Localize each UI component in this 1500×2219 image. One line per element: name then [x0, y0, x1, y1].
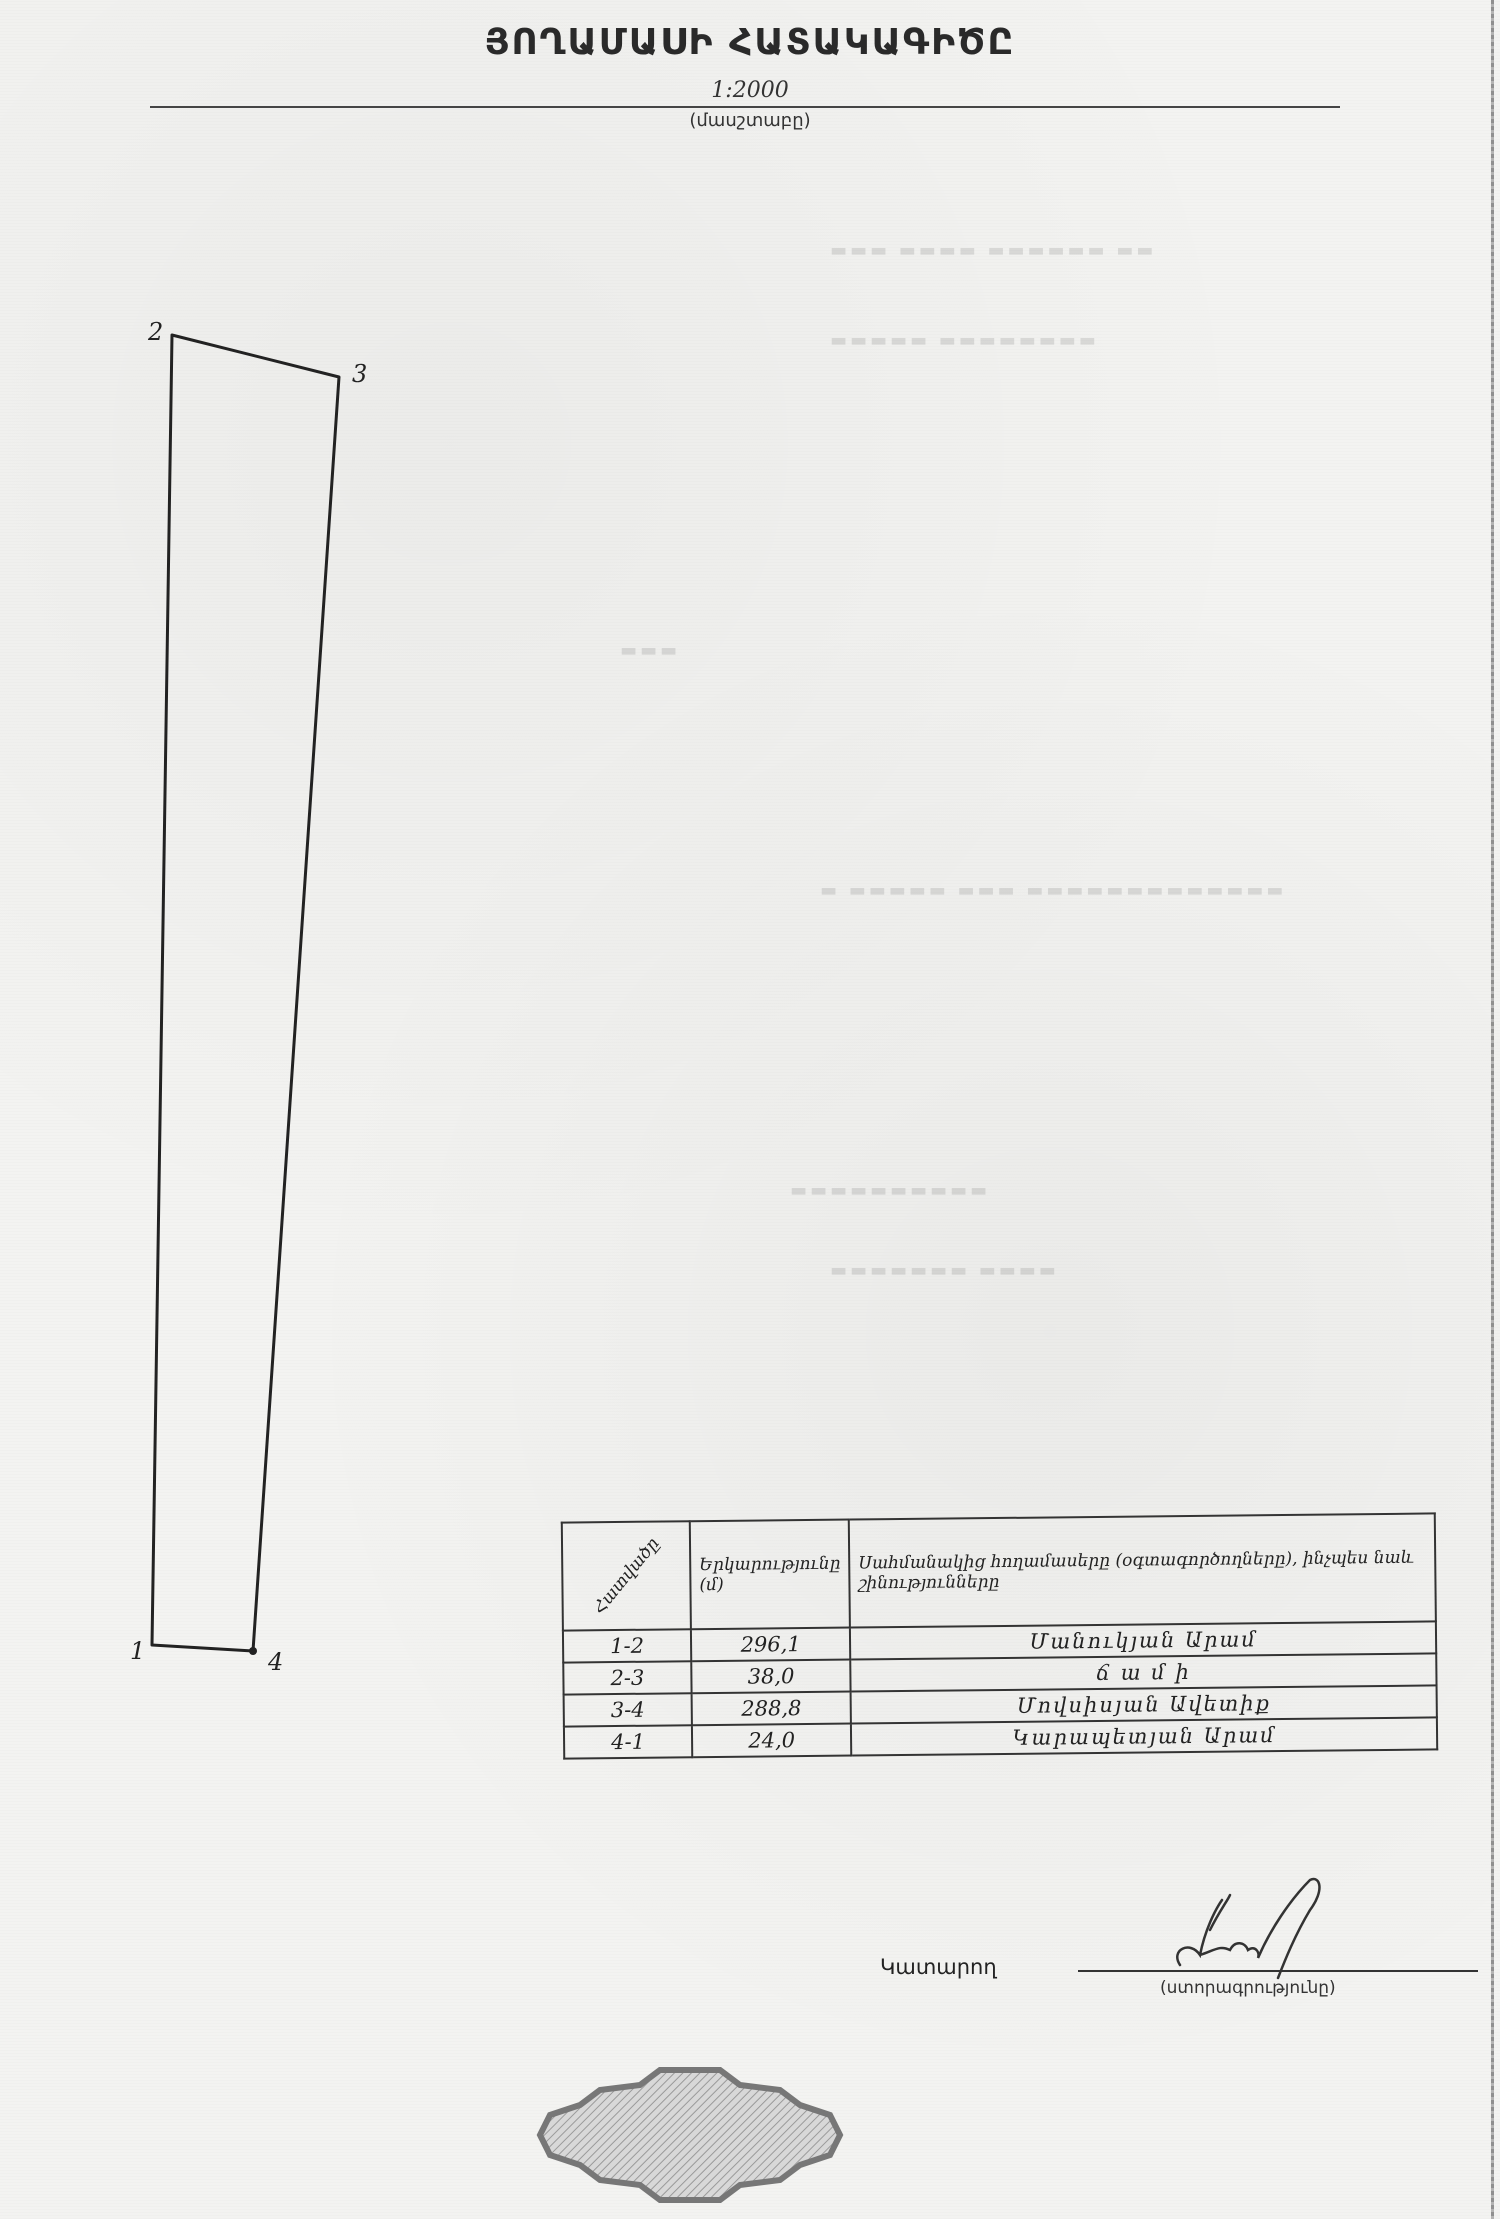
point-label-4: 4: [268, 1648, 283, 1676]
point-label-1: 1: [130, 1637, 145, 1665]
plot-boundary-polygon: [152, 335, 339, 1651]
cell-segment: 3-4: [564, 1693, 692, 1726]
cell-length: 24,0: [692, 1724, 852, 1758]
header-segment: Հատվածը: [562, 1521, 691, 1630]
executor-label: Կատարող: [880, 1955, 997, 1979]
official-seal-icon: [500, 2060, 880, 2210]
signature-line: [1078, 1970, 1478, 1972]
cell-segment: 1-2: [563, 1629, 691, 1662]
header-neighbors: Սահմանակից հողամասերը (օգտագործողները), …: [849, 1513, 1436, 1627]
cell-segment: 4-1: [564, 1725, 692, 1758]
point-label-3: 3: [352, 360, 367, 388]
point-label-2: 2: [148, 318, 163, 346]
cell-length: 288,8: [692, 1692, 852, 1726]
boundary-table: Հատվածը Երկարությունը (մ) Սահմանակից հող…: [561, 1512, 1438, 1759]
cell-length: 296,1: [691, 1628, 851, 1662]
vertex-marker: [249, 1647, 257, 1655]
cell-segment: 2-3: [563, 1661, 691, 1694]
header-length: Երկարությունը (մ): [690, 1520, 850, 1630]
cell-length: 38,0: [691, 1660, 851, 1694]
table-header-row: Հատվածը Երկարությունը (մ) Սահմանակից հող…: [562, 1513, 1436, 1630]
signature-caption: (ստորագրությունը): [1160, 1978, 1336, 1998]
signature-icon: [1160, 1870, 1360, 1980]
cell-neighbor: Կարապետյան Արամ: [851, 1717, 1437, 1755]
